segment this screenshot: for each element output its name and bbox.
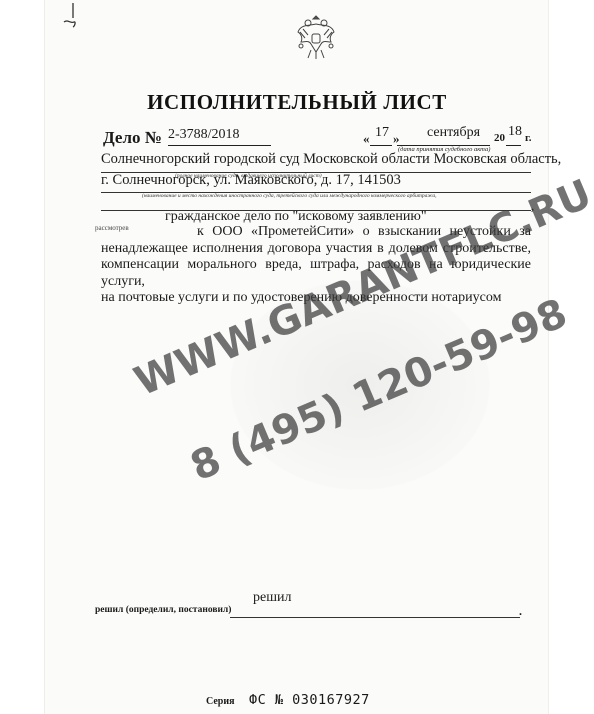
court-name-line1: Солнечногорский городской суд Московской… (101, 151, 561, 168)
document-title: ИСПОЛНИТЕЛЬНЫЙ ЛИСТ (0, 90, 594, 115)
date-year-prefix: 20 (494, 132, 505, 144)
case-number-underline (168, 145, 271, 146)
date-quote-open: « (363, 131, 370, 147)
date-year-underline (506, 145, 521, 146)
case-number: 2-3788/2018 (168, 127, 240, 143)
decision-underline (230, 617, 520, 618)
russian-coat-of-arms-icon (295, 12, 337, 62)
court-caption-2: (наименование и место нахождения иностра… (142, 193, 437, 199)
date-year: 18 (508, 124, 522, 140)
series-number: ФС № 030167927 (249, 692, 370, 708)
decision-value: решил (253, 590, 291, 606)
date-day: 17 (375, 125, 389, 141)
decision-period: . (519, 604, 522, 619)
series-label: Серия (206, 696, 235, 707)
date-day-underline (370, 145, 392, 146)
court-name-line2: г. Солнечногорск, ул. Маяковского, д. 17… (101, 172, 401, 189)
case-type-line: гражданское дело по "исковому заявлению" (165, 209, 427, 225)
decision-label: решил (определил, постановил) (95, 605, 231, 615)
handwritten-mark-icon (62, 2, 78, 30)
date-year-suffix: г. (525, 132, 532, 144)
date-month: сентября (427, 125, 480, 141)
case-number-label: Дело № (103, 128, 162, 148)
